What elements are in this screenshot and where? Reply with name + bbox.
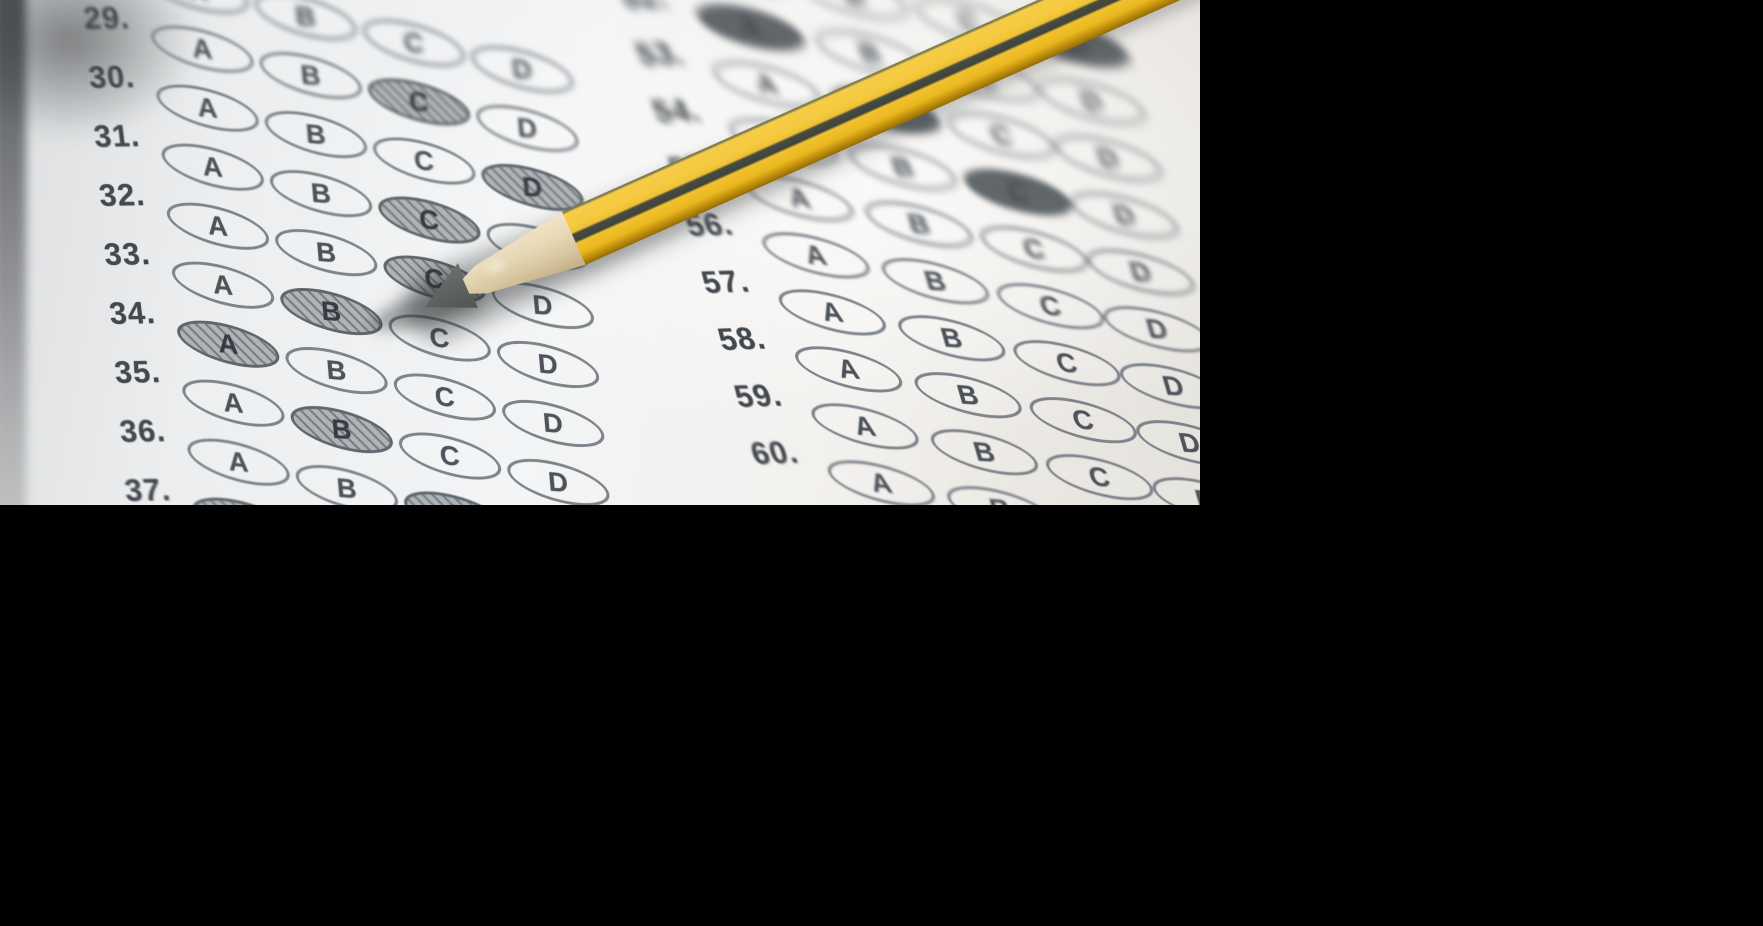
bubble-option-a: A xyxy=(144,0,250,23)
bubble-letter: B xyxy=(970,436,999,468)
bubble-letter: B xyxy=(315,236,337,269)
bubble-option-a-marked: A xyxy=(191,489,297,505)
question-number: 34. xyxy=(44,295,158,333)
bubble-letter: B xyxy=(839,0,868,12)
bubble-option-c-marked: C xyxy=(377,188,483,253)
bubble-option-c-marked: C xyxy=(959,161,1077,224)
bubble-option-c: C xyxy=(1041,446,1159,505)
bubble-option-d: D xyxy=(1098,298,1200,361)
bubble-letter: C xyxy=(1036,290,1065,322)
question-number: 53. xyxy=(568,35,688,75)
bubble-option-b: B xyxy=(294,456,400,505)
bubble-option-c: C xyxy=(1024,389,1142,452)
bubble-letter: D xyxy=(1094,142,1123,174)
bubble-option-a: A xyxy=(757,224,875,287)
bubble-option-a: A xyxy=(773,281,891,344)
question-number: 36. xyxy=(54,413,168,451)
bubble-letter: D xyxy=(516,112,538,145)
bubble-letter: A xyxy=(207,210,229,243)
bubble-letter: A xyxy=(834,353,863,385)
bubble-letter: A xyxy=(736,11,765,43)
bubble-letter: B xyxy=(937,322,966,354)
bubble-option-b: B xyxy=(284,338,390,403)
bubble-option-a: A xyxy=(170,253,276,318)
question-number: 30. xyxy=(23,59,137,97)
question-number: 35. xyxy=(49,354,163,392)
question-number: 54. xyxy=(585,92,705,132)
bubble-letter: C xyxy=(1069,404,1098,436)
bubble-letter: C xyxy=(434,381,456,414)
bubble-letter: D xyxy=(1192,484,1200,505)
bubble-letter: B xyxy=(856,37,885,69)
bubble-letter: A xyxy=(186,0,208,7)
bubble-letter: C xyxy=(1003,176,1032,208)
bubble-letter: B xyxy=(954,379,983,411)
bubble-letter: A xyxy=(212,269,234,302)
bubble-option-d: D xyxy=(1049,127,1167,190)
bubble-letter: D xyxy=(1159,370,1188,402)
bubble-option-d: D xyxy=(1147,469,1200,505)
bubble-letter: B xyxy=(336,472,358,505)
bubble-option-c-marked: C xyxy=(366,70,472,135)
question-number: 37. xyxy=(59,472,173,505)
question-number: 60. xyxy=(683,434,803,474)
bubble-letter: D xyxy=(511,53,533,86)
bubble-letter: D xyxy=(1143,313,1172,345)
bubble-option-d: D xyxy=(1114,355,1200,418)
bubble-letter: D xyxy=(542,407,564,440)
bubble-letter: B xyxy=(921,265,950,297)
question-number: 29. xyxy=(18,0,132,38)
bubble-option-b: B xyxy=(795,0,913,28)
bubble-option-c: C xyxy=(371,129,477,194)
bubble-option-b: B xyxy=(876,250,994,313)
bubble-option-d: D xyxy=(1033,70,1151,133)
bubble-option-d: D xyxy=(500,391,606,456)
question-number: 57. xyxy=(634,263,754,303)
bubble-letter: B xyxy=(325,354,347,387)
bubble-letter: A xyxy=(753,68,782,100)
bubble-option-d: D xyxy=(1065,184,1183,247)
bubble-option-d: D xyxy=(506,450,612,505)
bubble-option-b: B xyxy=(925,421,1043,484)
bubble-option-a: A xyxy=(675,0,793,2)
bubble-option-a: A xyxy=(181,371,287,436)
bubble-option-c: C xyxy=(1008,332,1126,395)
bubble-letter: B xyxy=(905,208,934,240)
bubble-letter: A xyxy=(217,328,239,361)
bubble-option-b: B xyxy=(253,0,359,49)
question-number: 59. xyxy=(667,377,787,417)
bubble-option-b: B xyxy=(273,220,379,285)
bubble-letter: D xyxy=(521,171,543,204)
bubble-option-b: B xyxy=(860,193,978,256)
bubble-option-a: A xyxy=(790,338,908,401)
bubble-letter: C xyxy=(408,86,430,119)
bubble-option-a: A xyxy=(165,194,271,259)
bubble-option-c: C xyxy=(397,424,503,489)
bubble-option-d: D xyxy=(1131,412,1200,475)
bubble-option-b: B xyxy=(263,102,369,167)
bubble-letter: D xyxy=(1110,199,1139,231)
bubble-letter: A xyxy=(222,387,244,420)
bubble-letter: B xyxy=(888,151,917,183)
bubble-option-a: A xyxy=(822,452,940,505)
bubble-letter: A xyxy=(196,92,218,125)
bubble-letter: A xyxy=(867,467,896,499)
bubble-option-c: C xyxy=(942,104,1060,167)
bubble-letter: B xyxy=(986,493,1015,505)
bubble-option-d: D xyxy=(1082,241,1200,304)
bubble-option-b: B xyxy=(268,161,374,226)
bubble-option-a-marked: A xyxy=(692,0,810,59)
bubble-letter: B xyxy=(294,0,316,33)
bubble-option-b: B xyxy=(909,364,1027,427)
bubble-letter: D xyxy=(537,348,559,381)
bubble-letter: A xyxy=(818,296,847,328)
bubble-letter: A xyxy=(227,446,249,479)
question-number: 52. xyxy=(552,0,672,18)
bubble-option-a-marked: A xyxy=(175,312,281,377)
bubble-letter: C xyxy=(439,440,461,473)
bubble-letter: A xyxy=(202,151,224,184)
bubble-letter: B xyxy=(320,295,342,328)
bubble-option-c: C xyxy=(992,275,1110,338)
bubble-letter: D xyxy=(1175,427,1200,459)
bubble-letter: C xyxy=(413,145,435,178)
bubble-option-a: A xyxy=(806,395,924,458)
bubble-option-b: B xyxy=(893,307,1011,370)
bubble-letter: C xyxy=(987,119,1016,151)
bubble-option-b: B xyxy=(942,478,1060,505)
black-letterbox-bottom xyxy=(0,505,1763,926)
bubble-option-a: A xyxy=(160,135,266,200)
bubble-letter: B xyxy=(310,177,332,210)
question-number: 58. xyxy=(650,320,770,360)
bubble-option-a: A xyxy=(186,430,292,495)
question-number: 31. xyxy=(28,118,142,156)
bubble-option-c-marked: C xyxy=(402,483,508,505)
bubble-letter: C xyxy=(1053,347,1082,379)
question-number: 33. xyxy=(38,236,152,274)
bubble-option-d: D xyxy=(495,332,601,397)
bubble-letter: C xyxy=(403,27,425,60)
bubble-letter: B xyxy=(331,413,353,446)
bubble-option-c: C xyxy=(361,11,467,76)
screenshot-stage: 28.ABCD29.ABCD30.ABCD31.ABCD32.ABCD33.AB… xyxy=(0,0,1763,926)
bubble-letter: A xyxy=(802,239,831,271)
bubble-letter: B xyxy=(305,118,327,151)
bubble-letter: C xyxy=(418,204,440,237)
question-number: 32. xyxy=(33,177,147,215)
bubble-option-a: A xyxy=(150,17,256,82)
bubble-letter: A xyxy=(851,410,880,442)
bubble-letter: D xyxy=(547,466,569,499)
bubble-option-c: C xyxy=(975,218,1093,281)
bubble-option-b-marked: B xyxy=(279,279,385,344)
bubble-letter: D xyxy=(1077,85,1106,117)
bubble-option-d: D xyxy=(475,96,581,161)
bubble-option-b: B xyxy=(258,43,364,108)
bubble-option-d: D xyxy=(469,37,575,102)
bubble-letter: B xyxy=(300,59,322,92)
bubble-option-c: C xyxy=(392,365,498,430)
bubble-option-a: A xyxy=(155,76,261,141)
bubble-letter: A xyxy=(191,33,213,66)
bubble-option-b-marked: B xyxy=(289,397,395,462)
bubble-letter: D xyxy=(1126,256,1155,288)
bubble-letter: C xyxy=(1085,461,1114,493)
answer-sheet-photo: 28.ABCD29.ABCD30.ABCD31.ABCD32.ABCD33.AB… xyxy=(0,0,1200,505)
bubble-letter: C xyxy=(1020,233,1049,265)
